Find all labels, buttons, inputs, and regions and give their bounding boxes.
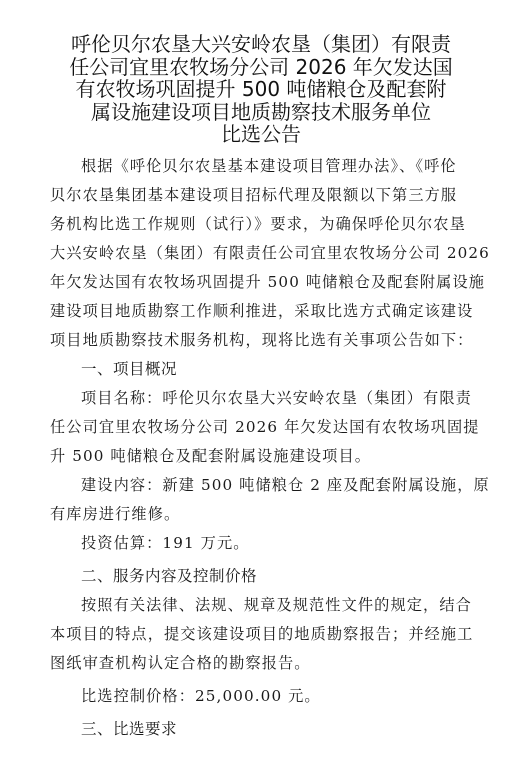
text-line: 任公司宜里农牧场分公司 2026 年欠发达国有农牧场巩固提 xyxy=(50,413,458,442)
text-line: 根据《呼伦贝尔农垦基本建设项目管理办法》、《呼伦 xyxy=(50,152,458,181)
title-line: 属设施建设项目地质勘察技术服务单位 xyxy=(40,101,482,124)
text-line: 升 500 吨储粮仓及配套附属设施建设项目。 xyxy=(50,442,458,471)
text-line: 有库房进行维修。 xyxy=(50,500,458,529)
text-line: 按照有关法律、法规、规章及规范性文件的规定，结合 xyxy=(50,591,458,620)
section-heading-selection-requirements: 三、比选要求 xyxy=(50,715,458,744)
title-line: 任公司宜里农牧场分公司 2026 年欠发达国 xyxy=(40,56,482,79)
title-line: 呼伦贝尔农垦大兴安岭农垦（集团）有限责 xyxy=(40,33,482,56)
title-line: 比选公告 xyxy=(40,123,482,146)
project-name-paragraph: 项目名称：呼伦贝尔农垦大兴安岭农垦（集团）有限责 任公司宜里农牧场分公司 202… xyxy=(50,384,458,471)
investment-estimate: 投资估算：191 万元。 xyxy=(50,529,458,558)
text-line: 本项目的特点，提交该建设项目的地质勘察报告；并经施工 xyxy=(50,620,458,649)
text-line: 图纸审查机构认定合格的勘察报告。 xyxy=(50,649,458,678)
document-body: 根据《呼伦贝尔农垦基本建设项目管理办法》、《呼伦 贝尔农垦集团基本建设项目招标代… xyxy=(50,152,458,744)
construction-content-paragraph: 建设内容：新建 500 吨储粮仓 2 座及配套附属设施，原 有库房进行维修。 xyxy=(50,471,458,529)
document-page: 呼伦贝尔农垦大兴安岭农垦（集团）有限责 任公司宜里农牧场分公司 2026 年欠发… xyxy=(0,0,522,763)
section-heading-service-content: 二、服务内容及控制价格 xyxy=(50,562,458,591)
title-line: 有农牧场巩固提升 500 吨储粮仓及配套附 xyxy=(40,78,482,101)
text-line: 项目名称：呼伦贝尔农垦大兴安岭农垦（集团）有限责 xyxy=(50,384,458,413)
control-price: 比选控制价格：25,000.00 元。 xyxy=(50,682,458,711)
text-line: 建设内容：新建 500 吨储粮仓 2 座及配套附属设施，原 xyxy=(50,471,458,500)
document-title: 呼伦贝尔农垦大兴安岭农垦（集团）有限责 任公司宜里农牧场分公司 2026 年欠发… xyxy=(40,33,482,146)
text-line: 项目地质勘察技术服务机构，现将比选有关事项公告如下： xyxy=(50,326,458,355)
section-heading-project-overview: 一、项目概况 xyxy=(50,355,458,384)
service-paragraph: 按照有关法律、法规、规章及规范性文件的规定，结合 本项目的特点，提交该建设项目的… xyxy=(50,591,458,678)
text-line: 建设项目地质勘察工作顺利推进，采取比选方式确定该建设 xyxy=(50,297,458,326)
intro-paragraph: 根据《呼伦贝尔农垦基本建设项目管理办法》、《呼伦 贝尔农垦集团基本建设项目招标代… xyxy=(50,152,458,355)
text-line: 年欠发达国有农牧场巩固提升 500 吨储粮仓及配套附属设施 xyxy=(50,268,458,297)
text-line: 贝尔农垦集团基本建设项目招标代理及限额以下第三方服 xyxy=(50,181,458,210)
text-line: 大兴安岭农垦（集团）有限责任公司宜里农牧场分公司 2026 xyxy=(50,239,458,268)
text-line: 务机构比选工作规则（试行）》要求，为确保呼伦贝尔农垦 xyxy=(50,210,458,239)
